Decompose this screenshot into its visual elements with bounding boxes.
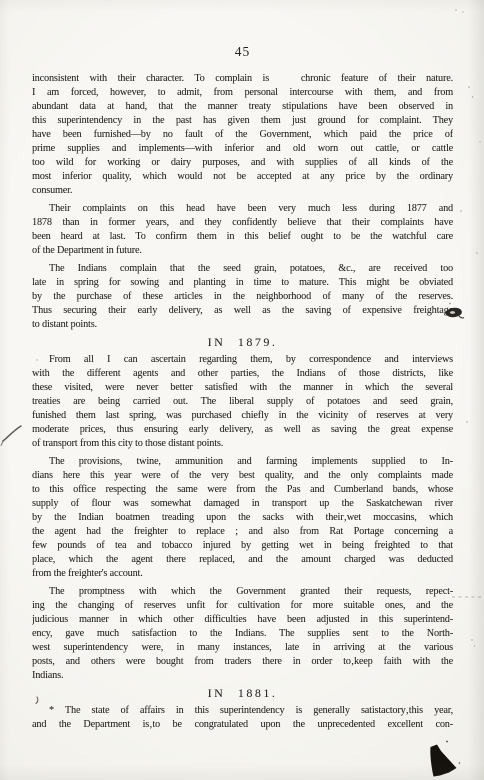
corner-wedge-icon [430, 741, 460, 777]
text-line: treaties are being carried out. The libe… [32, 395, 453, 409]
text-line: from the freighter's account. [32, 567, 453, 581]
paragraph: The promptness with which the Government… [32, 585, 453, 683]
text-line: to distant points. [32, 318, 453, 332]
text-line: inconsistent with their character. To co… [32, 72, 453, 86]
text-line: have been furnished—by no fault of the G… [32, 128, 453, 142]
text-line: few pounds of tea and tobacco injured by… [32, 539, 453, 553]
text-line: place, which the agent there replaced, a… [32, 553, 453, 567]
text-line: late in spring for sowing and planting i… [32, 276, 453, 290]
text-line: The Indians complain that the seed grain… [32, 262, 453, 276]
text-line: Thus securing their early delivery, as w… [32, 304, 453, 318]
text-line: Their complaints on this head have been … [32, 202, 453, 216]
text-line: The provisions, twine, ammunition and fa… [32, 455, 453, 469]
section-heading: IN 1879. [32, 335, 453, 349]
text-line: these visited, were never better satisfi… [32, 381, 453, 395]
text-line: by the purchase of these articles in the… [32, 290, 453, 304]
text-line: the agent had the freighter to replace ;… [32, 525, 453, 539]
text-line: supply of flour was somewhat damaged in … [32, 497, 453, 511]
scanned-document-page: 45 inconsistent with their character. To… [0, 0, 484, 780]
text-line: ency, gave much satisfaction to the Indi… [32, 627, 453, 641]
text-line: ing the changing of reserves unfit for c… [32, 599, 453, 613]
text-line: west superintendency were, in many insta… [32, 641, 453, 655]
text-line: funished them last spring, was purchased… [32, 409, 453, 423]
text-line: Indians. [32, 669, 453, 683]
text-line: judicious manner in which other difficul… [32, 613, 453, 627]
text-line: been heard at last. To confirm them in t… [32, 230, 453, 244]
text-line: dians here this year were of the very be… [32, 469, 453, 483]
paragraph: Their complaints on this head have been … [32, 202, 453, 258]
paragraph: * The state of affairs in this superinte… [32, 704, 453, 732]
text-line: this superintendency in the past has giv… [32, 114, 453, 128]
text-line: The promptness with which the Government… [32, 585, 453, 599]
text-line: most inferior quality, which would not b… [32, 170, 453, 184]
text-line: 1878 than in former years, and they conf… [32, 216, 453, 230]
text-line: consumer. [32, 184, 453, 198]
text-line: by the Indian boatmen treading upon the … [32, 511, 453, 525]
text-line: From all I can ascertain regarding them,… [32, 353, 453, 367]
text-line: posts, and others were bought from trade… [32, 655, 453, 669]
section-heading: IN 1881. [32, 686, 453, 700]
text-line: of the Department in future. [32, 244, 453, 258]
paragraph: inconsistent with their character. To co… [32, 72, 453, 198]
text-line: of transport from this city to those dis… [32, 437, 453, 451]
pen-check-mark-icon [1, 426, 21, 446]
text-line: I am forced, however, to admit, from per… [32, 86, 453, 100]
page-number: 45 [32, 44, 453, 60]
paragraph: The Indians complain that the seed grain… [32, 262, 453, 332]
text-line: moderate prices, thus ensuring early del… [32, 423, 453, 437]
text-line: abundant data at hand, that the manner t… [32, 100, 453, 114]
paragraph: The provisions, twine, ammunition and fa… [32, 455, 453, 581]
text-line: and the Department is‚to be congratulate… [32, 718, 453, 732]
page-content: inconsistent with their character. To co… [32, 72, 453, 732]
text-line: * The state of affairs in this superinte… [32, 704, 453, 718]
text-line: prime supplies and implements—with infer… [32, 142, 453, 156]
paragraph: From all I can ascertain regarding them,… [32, 353, 453, 451]
text-line: with the different agents and other part… [32, 367, 453, 381]
text-line: too wild for working or dairy purposes, … [32, 156, 453, 170]
text-line: to this office respecting the same were … [32, 483, 453, 497]
